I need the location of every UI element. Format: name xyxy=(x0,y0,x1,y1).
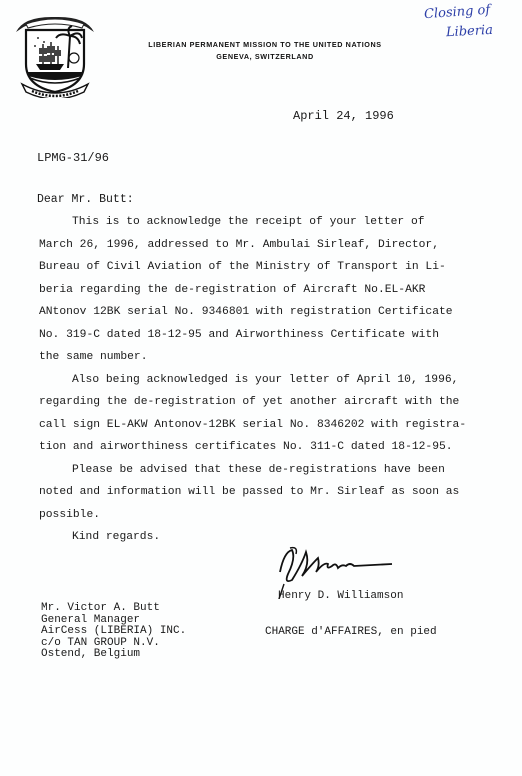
letter-date: April 24, 1996 xyxy=(293,109,394,123)
body-line: the same number. xyxy=(39,346,519,369)
salutation: Dear Mr. Butt: xyxy=(37,193,134,206)
letter-body: This is to acknowledge the receipt of yo… xyxy=(39,211,519,549)
letter-page: LIBERIAN PERMANENT MISSION TO THE UNITED… xyxy=(0,0,522,776)
signer-title: CHARGE d'AFFAIRES, en pied xyxy=(265,626,437,638)
body-line: This is to acknowledge the receipt of yo… xyxy=(39,211,519,234)
body-line: March 26, 1996, addressed to Mr. Ambulai… xyxy=(39,234,519,257)
recipient-line: AirCess (LIBERIA) INC. xyxy=(41,626,186,638)
handwritten-annotation: Closing of Liberia xyxy=(418,2,522,42)
letterhead-location: GENEVA, SWITZERLAND xyxy=(120,51,410,63)
body-line: No. 319-C dated 18-12-95 and Airworthine… xyxy=(39,324,519,347)
handwritten-line-2: Liberia xyxy=(418,19,522,44)
body-line: Bureau of Civil Aviation of the Ministry… xyxy=(39,256,519,279)
body-line: Also being acknowledged is your letter o… xyxy=(39,369,519,392)
recipient-line: Ostend, Belgium xyxy=(41,649,186,661)
body-line: ANtonov 12BK serial No. 9346801 with reg… xyxy=(39,301,519,324)
reference-number: LPMG-31/96 xyxy=(37,151,109,165)
letterhead-title: LIBERIAN PERMANENT MISSION TO THE UNITED… xyxy=(120,39,410,51)
signer: Henry D. Williamson CHARGE d'AFFAIRES, e… xyxy=(278,566,437,662)
letterhead: LIBERIAN PERMANENT MISSION TO THE UNITED… xyxy=(120,39,410,63)
signer-name: Henry D. Williamson xyxy=(278,590,437,602)
coat-of-arms-icon xyxy=(10,6,100,98)
body-line: noted and information will be passed to … xyxy=(39,481,519,504)
recipient-address: Mr. Victor A. Butt General Manager AirCe… xyxy=(41,603,186,661)
body-line: possible. xyxy=(39,504,519,527)
signature-block: Henry D. Williamson CHARGE d'AFFAIRES, e… xyxy=(240,544,440,604)
recipient-line: Mr. Victor A. Butt xyxy=(41,603,186,615)
body-line: beria regarding the de-registration of A… xyxy=(39,279,519,302)
body-line: tion and airworthiness certificates No. … xyxy=(39,436,519,459)
body-line: regarding the de-registration of yet ano… xyxy=(39,391,519,414)
body-line: call sign EL-AKW Antonov-12BK serial No.… xyxy=(39,414,519,437)
body-line: Please be advised that these de-registra… xyxy=(39,459,519,482)
